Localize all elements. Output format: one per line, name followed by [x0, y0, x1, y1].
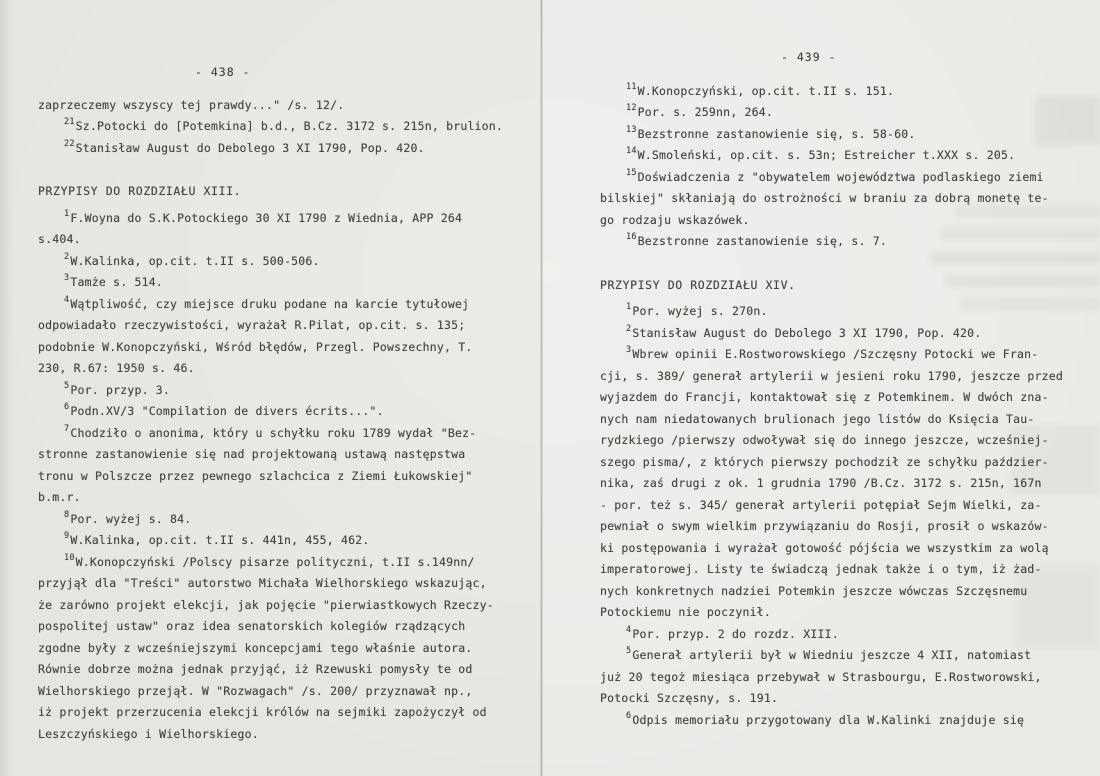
text-line: zaprzeczemy wszyscy tej prawdy..." /s. 1…: [38, 95, 532, 117]
section-heading: PRZYPISY DO ROZDZIAŁU XIII.: [38, 181, 532, 203]
footnote-marker: 22: [64, 139, 75, 149]
footnote-marker: 2: [626, 324, 631, 334]
footnote-marker: 11: [626, 82, 637, 92]
section-heading: PRZYPISY DO ROZDZIAŁU XIV.: [600, 275, 1086, 297]
text-line: 2W.Kalinka, op.cit. t.II s. 500-506.: [38, 251, 532, 273]
page-439-body: 11W.Konopczyński, op.cit. t.II s. 151.12…: [600, 81, 1086, 732]
text-line: Leszczyńskiego i Wielhorskiego.: [38, 724, 532, 746]
text-line: 1F.Woyna do S.K.Potockiego 30 XI 1790 z …: [38, 208, 532, 230]
text-line: Równie dobrze można jednak przyjąć, iż R…: [38, 659, 532, 681]
footnote-marker: 10: [64, 553, 75, 563]
text-line: Potockiemu nie poczynił.: [600, 602, 1086, 624]
text-line: wyjazdem do Francji, kontaktował się z P…: [600, 387, 1086, 409]
text-line: 14W.Smoleński, op.cit. s. 53n; Estreiche…: [600, 145, 1086, 167]
text-line: go rodzaju wskazówek.: [600, 210, 1086, 232]
footnote-marker: 6: [626, 711, 631, 721]
text-line: 15Doświadczenia z "obywatelem województw…: [600, 167, 1086, 189]
text-line: imperatorowej. Listy te świadczą jednak …: [600, 559, 1086, 581]
page-438-body: zaprzeczemy wszyscy tej prawdy..." /s. 1…: [38, 95, 532, 746]
footnote-marker: 21: [64, 117, 75, 127]
footnote-marker: 9: [64, 531, 69, 541]
text-line: 6Podn.XV/3 "Compilation de divers écrits…: [38, 401, 532, 423]
text-line: 8Por. wyżej s. 84.: [38, 509, 532, 531]
text-line: 6Odpis memoriału przygotowany dla W.Kali…: [600, 710, 1086, 732]
text-line: cji, s. 389/ generał artylerii w jesieni…: [600, 366, 1086, 388]
text-line: 16Bezstronne zastanowienie się, s. 7.: [600, 231, 1086, 253]
footnote-marker: 4: [626, 625, 631, 635]
footnote-marker: 1: [64, 209, 69, 219]
text-line: 12Por. s. 259nn, 264.: [600, 102, 1086, 124]
page-number-header: - 439 -: [600, 47, 1086, 69]
text-line: zgodne były z wcześniejszymi koncepcjami…: [38, 638, 532, 660]
text-line: 5Generał artylerii był w Wiedniu jeszcze…: [600, 645, 1086, 667]
text-line: 13Bezstronne zastanowienie się, s. 58-60…: [600, 124, 1086, 146]
footnote-marker: 5: [626, 646, 631, 656]
text-line: 2Stanisław August do Debolego 3 XI 1790,…: [600, 323, 1086, 345]
footnote-marker: 12: [626, 103, 637, 113]
text-line: Potocki Szczęsny, s. 191.: [600, 688, 1086, 710]
text-line: 3Wbrew opinii E.Rostworowskiego /Szczęsn…: [600, 344, 1086, 366]
page-439: - 439 - 11W.Konopczyński, op.cit. t.II s…: [600, 47, 1086, 731]
text-line: już 20 tegoż miesiąca przebywał w Strasb…: [600, 667, 1086, 689]
text-line: s.404.: [38, 229, 532, 251]
text-line: 3Tamże s. 514.: [38, 272, 532, 294]
text-line: ki postępowania i wyrażał gotowość pójśc…: [600, 538, 1086, 560]
footnote-marker: 14: [626, 146, 637, 156]
footnote-marker: 3: [626, 345, 631, 355]
text-line: bilskiej" skłaniają do ostrożności w bra…: [600, 188, 1086, 210]
text-line: tronu w Polszcze przez pewnego szlachcic…: [38, 466, 532, 488]
text-line: stronne zastanowienie się nad projektowa…: [38, 444, 532, 466]
text-line: 11W.Konopczyński, op.cit. t.II s. 151.: [600, 81, 1086, 103]
text-line: nika, zaś drugi z ok. 1 grudnia 1790 /B.…: [600, 473, 1086, 495]
text-line: 230, R.67: 1950 s. 46.: [38, 358, 532, 380]
footnote-marker: 16: [626, 232, 637, 242]
text-line: 1Por. wyżej s. 270n.: [600, 301, 1086, 323]
text-line: szego pisma/, z których pierwszy pochodz…: [600, 452, 1086, 474]
text-line: przyjął dla "Treści" autorstwo Michała W…: [38, 573, 532, 595]
text-line: 7Chodziło o anonima, który u schyłku rok…: [38, 423, 532, 445]
text-line: b.m.r.: [38, 487, 532, 509]
text-line: nych nam niedatowanych brulionach jego l…: [600, 409, 1086, 431]
text-line: rydzkiego /pierwszy odwoływał się do inn…: [600, 430, 1086, 452]
footnote-marker: 8: [64, 510, 69, 520]
left-edge-shadow: [0, 0, 14, 776]
text-line: - por. też s. 345/ generał artylerii pot…: [600, 495, 1086, 517]
text-line: pewniał o swym wielkim przywiązaniu do R…: [600, 516, 1086, 538]
text-line: odpowiadało rzeczywistości, wyrażał R.Pi…: [38, 315, 532, 337]
text-line: iż projekt przerzucenia elekcji królów n…: [38, 702, 532, 724]
text-line: 21Sz.Potocki do [Potemkina] b.d., B.Cz. …: [38, 116, 532, 138]
footnote-marker: 4: [64, 295, 69, 305]
footnote-marker: 13: [626, 125, 637, 135]
text-line: 5Por. przyp. 3.: [38, 380, 532, 402]
footnote-marker: 6: [64, 402, 69, 412]
page-438: - 438 - zaprzeczemy wszyscy tej prawdy..…: [38, 62, 532, 745]
text-line: Wielhorskiego przejął. W "Rozwagach" /s.…: [38, 681, 532, 703]
text-line: 10W.Konopczyński /Polscy pisarze polityc…: [38, 552, 532, 574]
text-line: 4Wątpliwość, czy miejsce druku podane na…: [38, 294, 532, 316]
footnote-marker: 15: [626, 168, 637, 178]
text-line: 22Stanisław August do Debolego 3 XI 1790…: [38, 138, 532, 160]
page-number-header: - 438 -: [38, 62, 532, 84]
text-line: podobnie W.Konopczyński, Wśród błędów, P…: [38, 337, 532, 359]
text-line: że zarówno projekt elekcji, jak pojęcie …: [38, 595, 532, 617]
text-line: nych konkretnych nadziei Potemkin jeszcz…: [600, 581, 1086, 603]
text-line: 9W.Kalinka, op.cit. t.II s. 441n, 455, 4…: [38, 530, 532, 552]
text-line: pospolitej ustaw" oraz idea senatorskich…: [38, 616, 532, 638]
page-gutter-shadow: [540, 0, 543, 776]
footnote-marker: 7: [64, 424, 69, 434]
footnote-marker: 1: [626, 302, 631, 312]
scanned-book-spread: - 438 - zaprzeczemy wszyscy tej prawdy..…: [0, 0, 1100, 776]
footnote-marker: 5: [64, 381, 69, 391]
text-line: 4Por. przyp. 2 do rozdz. XIII.: [600, 624, 1086, 646]
footnote-marker: 3: [64, 273, 69, 283]
footnote-marker: 2: [64, 252, 69, 262]
